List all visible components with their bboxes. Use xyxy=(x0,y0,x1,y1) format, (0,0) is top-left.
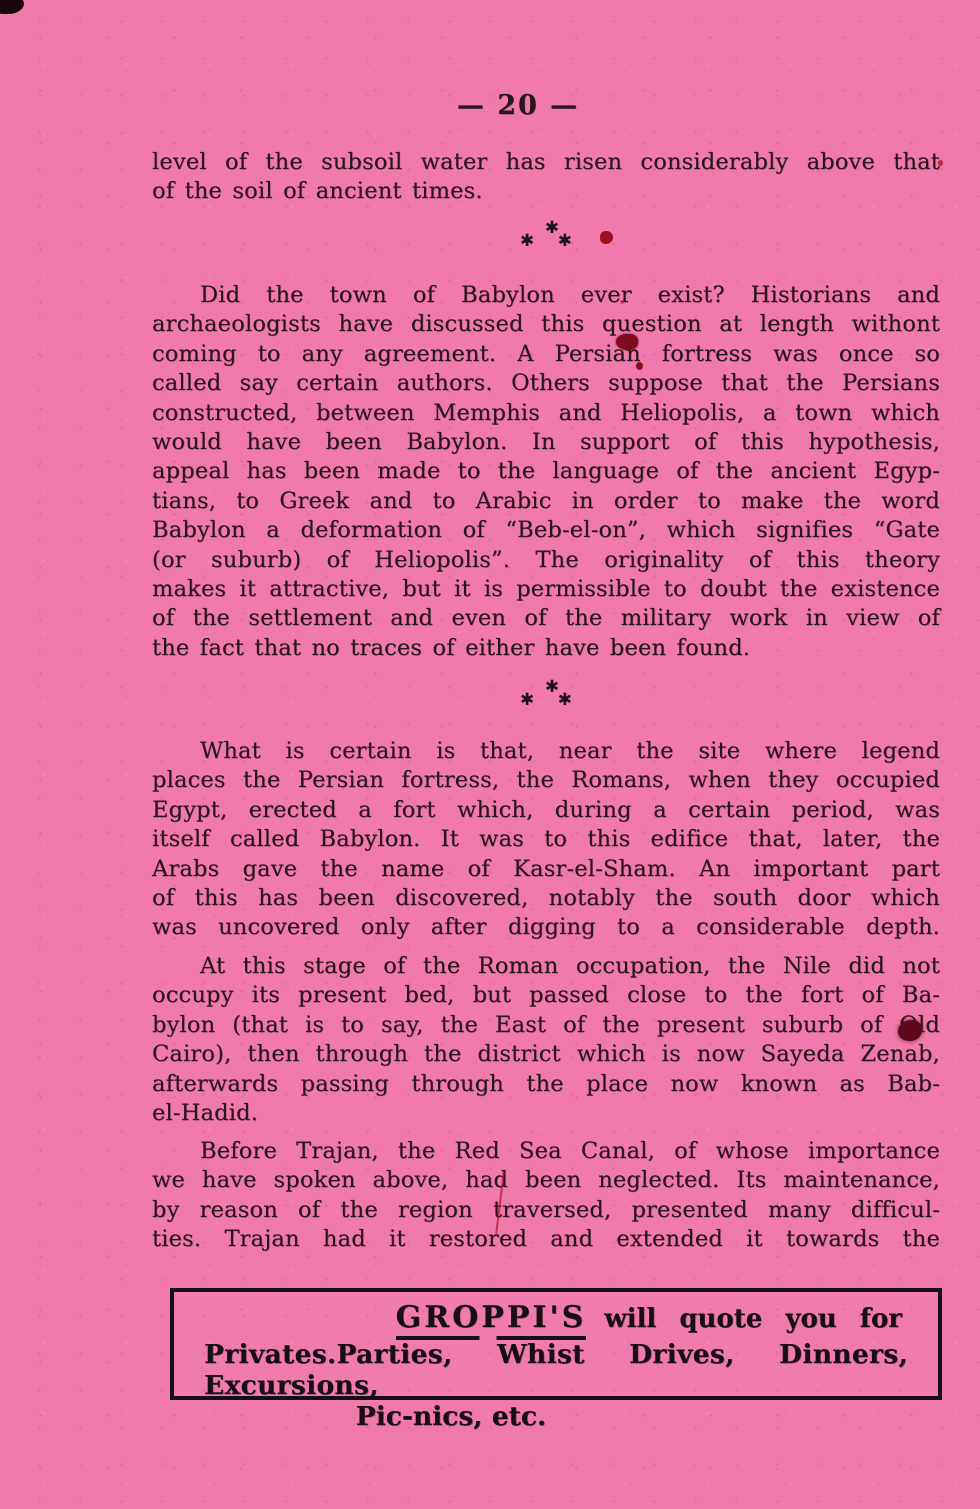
text-line: Egypt, erected a fort which, during a ce… xyxy=(152,796,940,825)
text-line: constructed, between Memphis and Heliopo… xyxy=(152,399,940,428)
text-line: would have been Babylon. In support of t… xyxy=(152,428,940,457)
text-line: of the soil of ancient times. xyxy=(152,177,940,206)
text-line: bylon (that is to say, the East of the p… xyxy=(152,1011,940,1040)
ad-services-line-2: Pic-nics, etc. xyxy=(174,1401,938,1432)
paragraph-red-sea-canal: Before Trajan, the Red Sea Canal, of who… xyxy=(152,1137,940,1255)
text-line: archaeologists have discussed this quest… xyxy=(152,310,940,339)
text-line: tians, to Greek and to Arabic in order t… xyxy=(152,487,940,516)
text-line: coming to any agreement. A Persian fortr… xyxy=(152,340,940,369)
paragraph-roman-fort: What is certain is that, near the site w… xyxy=(152,737,940,943)
text-line: makes it attractive, but it is permissib… xyxy=(152,575,940,604)
text-line: appeal has been made to the language of … xyxy=(152,457,940,486)
text-line: Before Trajan, the Red Sea Canal, of who… xyxy=(152,1137,940,1166)
text-line: Babylon a deformation of “Beb-el-on”, wh… xyxy=(152,516,940,545)
paragraph-babylon-existence: Did the town of Babylon ever exist? Hist… xyxy=(152,281,940,663)
text-line: Cairo), then through the district which … xyxy=(152,1040,940,1069)
text-line: At this stage of the Roman occupation, t… xyxy=(152,952,940,981)
text-line: el-Hadid. xyxy=(152,1099,940,1128)
advertisement-box: GROPPI'Swill quote you for Privates.Part… xyxy=(170,1288,942,1400)
text-line: (or suburb) of Heliopolis”. The original… xyxy=(152,546,940,575)
advertiser-name: GROPPI'S xyxy=(396,1300,587,1340)
intro-paragraph-continuation: level of the subsoil water has risen con… xyxy=(152,148,940,207)
section-separator-asterism: ✱ ✱ ✱ xyxy=(152,222,940,248)
text-line: of this has been discovered, notably the… xyxy=(152,884,940,913)
text-line: places the Persian fortress, the Romans,… xyxy=(152,766,940,795)
text-line: level of the subsoil water has risen con… xyxy=(152,148,940,177)
text-line: Arabs gave the name of Kasr-el-Sham. An … xyxy=(152,855,940,884)
text-line: afterwards passing through the place now… xyxy=(152,1070,940,1099)
text-line: by reason of the region traversed, prese… xyxy=(152,1196,940,1225)
text-line: the fact that no traces of either have b… xyxy=(152,634,940,663)
ad-services-line: Privates.Parties, Whist Drives, Dinners,… xyxy=(174,1339,938,1401)
ad-headline: GROPPI'Swill quote you for xyxy=(174,1300,938,1335)
text-line: called say certain authors. Others suppo… xyxy=(152,369,940,398)
page-number: — 20 — xyxy=(124,90,912,121)
text-line: we have spoken above, had been neglected… xyxy=(152,1166,940,1195)
paragraph-nile-course: At this stage of the Roman occupation, t… xyxy=(152,952,940,1128)
ad-tagline: will quote you for xyxy=(604,1304,902,1334)
text-line: itself called Babylon. It was to this ed… xyxy=(152,825,940,854)
asterisk-icon: ✱ xyxy=(158,222,946,235)
text-line: Did the town of Babylon ever exist? Hist… xyxy=(152,281,940,310)
scan-corner-mark xyxy=(0,0,24,14)
text-line: of the settlement and even of the milita… xyxy=(152,604,940,633)
text-line: What is certain is that, near the site w… xyxy=(152,737,940,766)
section-separator-asterism: ✱ ✱ ✱ xyxy=(152,681,940,707)
text-line: was uncovered only after digging to a co… xyxy=(152,913,940,942)
scanned-page: — 20 — level of the subsoil water has ri… xyxy=(0,0,980,1509)
asterisk-icon: ✱ xyxy=(158,681,946,694)
text-line: occupy its present bed, but passed close… xyxy=(152,981,940,1010)
text-line: ties. Trajan had it restored and extende… xyxy=(152,1225,940,1254)
